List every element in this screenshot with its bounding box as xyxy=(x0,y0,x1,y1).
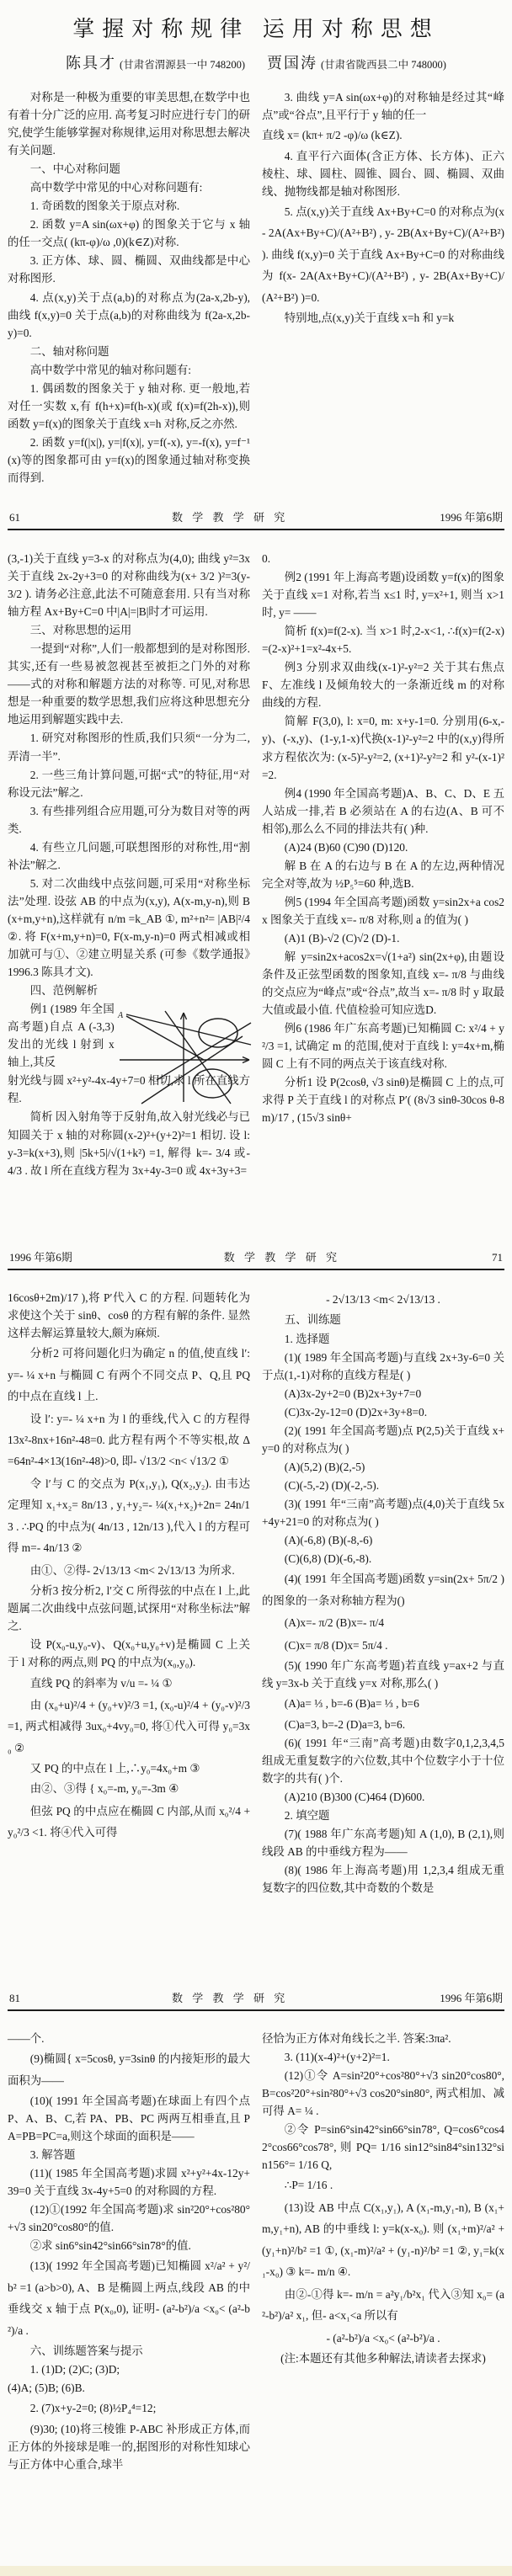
paragraph: 五、训练题 xyxy=(262,1311,504,1328)
paragraph: 4. 直平行六面体(含正方体、长方体)、正六棱柱、球、圆柱、圆锥、圆台、圆、椭圆… xyxy=(262,147,504,200)
paragraph: (12)①令 A=sin²20°+cos²80°+√3 sin20°cos80°… xyxy=(262,2067,504,2120)
page-2-right-column: 0.例2 (1991 年上海高考题)设函数 y=f(x)的图象关于直线 x=1 … xyxy=(262,550,504,1128)
paragraph: (12)①(1992 年全国高考题)求 sin²20°+cos²80°+√3 s… xyxy=(8,2201,250,2236)
paragraph: (2)( 1991 年全国高考题)点 P(2,5)关于直线 x+y=0 的对称点… xyxy=(262,1422,504,1457)
paragraph: (A)a= ⅓ , b=-6 (B)a= ⅓ , b=6 xyxy=(262,1693,504,1714)
figure-point-label: A xyxy=(117,1011,124,1020)
paragraph: (C)x= π/8 (D)x= 5π/4 . xyxy=(262,1635,504,1656)
paragraph: (C)(6,8) (D)(-6,-8). xyxy=(262,1550,504,1567)
paragraph: 令 l′与 C 的交点为 P(x₁,y₁), Q(x₂,y₂). 由韦达定理知 … xyxy=(8,1473,250,1559)
paragraph: 1. 研究对称图形的性质,我们只须“一分为二,弄清一半”. xyxy=(8,729,250,764)
paragraph: 3. 正方体、球、圆、椭圆、双曲线都是中心对称图形. xyxy=(8,252,250,287)
paragraph: (13)( 1992 年全国高考题)已知椭圆 x²/a² + y²/b² =1 … xyxy=(8,2255,250,2341)
journal-name: 数 学 教 学 研 究 xyxy=(224,1248,340,1264)
paragraph: 3. 解答题 xyxy=(8,2146,250,2164)
paragraph: (9)30; (10)将三棱锥 P-ABC 补形成正方体,而正方体的外接球是唯一… xyxy=(8,2420,250,2473)
paragraph: 六、训练题答案与提示 xyxy=(8,2342,250,2360)
paragraph: (11)( 1985 年全国高考题)求圆 x²+y²+4x-12y+39=0 关… xyxy=(8,2164,250,2200)
paragraph: 分析2 可将问题化归为确定 n 的值,使直线 l′: y=- ¼ x+n 与椭圆… xyxy=(8,1343,250,1407)
paragraph: 由②-①得 k=- m/n = a²y₁/b²x₁ 代入③知 x₀= (a²-b… xyxy=(262,2284,504,2327)
paragraph: (A)1 (B)-√2 (C)√2 (D)-1. xyxy=(262,929,504,947)
paragraph: 2. 一些三角计算问题,可据“式”的特征,用“对称设元法”解之. xyxy=(8,766,250,801)
paragraph: (注:本题还有其他多种解法,请读者去探求) xyxy=(262,2350,504,2367)
paragraph: (7)( 1988 年广东高考题)知 A (1,0), B (2,1),则线段 … xyxy=(262,1825,504,1860)
page-1-right-column: 3. 曲线 y=A sin(ωx+φ)的对称轴是经过其“峰点”或“谷点”,且平行… xyxy=(262,88,504,327)
page-4: ——个.(9)椭圆{ x=5cosθ, y=3sinθ 的内接矩形的最大面积为—… xyxy=(0,2020,512,2576)
paragraph: (A)(5,2) (B)(2,-5) xyxy=(262,1458,504,1476)
paragraph: 但弦 PQ 的中点应在椭圆 C 内部,从而 x₀²/4 + y₀²/3 <1. … xyxy=(8,1801,250,1844)
paragraph: 2. (7)x+y-2=0; (8)½P₄⁴=12; xyxy=(8,2398,250,2419)
page-3-left-column: 16cosθ+2m)/17 ),将 P′代入 C 的方程. 问题转化为求使这个关… xyxy=(8,1289,250,1844)
paragraph: ∴P= 1/16 . xyxy=(262,2174,504,2195)
paragraph: 4. 有些立几问题,可联想图形的对称性,用“割补法”解之. xyxy=(8,838,250,874)
author-2: 贾国涛 (甘肃省陇西县二中 748000) xyxy=(267,51,446,73)
paragraph: 二、轴对称问题 xyxy=(8,343,250,360)
page-1: 掌握对称规律 运用对称思想 陈具才 (甘肃省渭源县一中 748200) 贾国涛 … xyxy=(0,0,512,539)
paragraph: ——个. xyxy=(8,2030,250,2047)
paragraph: (5)( 1990 年广东高考题)若直线 y=ax+2 与直线 y=3x-b 关… xyxy=(262,1657,504,1692)
page-1-footer: 61 数 学 教 学 研 究 1996 年第6期 xyxy=(8,508,504,530)
paragraph: 解 y=sin2x+acos2x=√(1+a²) sin(2x+φ),由题设条件… xyxy=(262,948,504,1019)
paragraph: 一、中心对称问题 xyxy=(8,160,250,178)
paragraph: 高中数学中常见的轴对称问题有: xyxy=(8,361,250,379)
paragraph: 一提到“对称”,人们一般都想到的是对称图形. 其实,还有一些易被忽视甚至被拒之门… xyxy=(8,640,250,728)
paragraph: - 2√13/13 <m< 2√13/13 . xyxy=(262,1289,504,1310)
journal-name: 数 学 教 学 研 究 xyxy=(172,1989,288,2005)
paragraph: 1. 偶函数的图象关于 y 轴对称. 更一般地,若对任一实数 x,有 f(h+x… xyxy=(8,380,250,433)
paragraph: 简析 f(x)≡f(2-x). 当 x>1 时,2-x<1, ∴f(x)=f(2… xyxy=(262,622,504,657)
page-4-columns: ——个.(9)椭圆{ x=5cosθ, y=3sinθ 的内接矩形的最大面积为—… xyxy=(0,2020,512,2474)
paragraph: (3,-1)关于直线 y=3-x 的对称点为(4,0); 曲线 y²=3x 关于… xyxy=(8,550,250,620)
paragraph: - (a²-b²)/a <x₀< (a²-b²)/a . xyxy=(262,2328,504,2349)
article-title: 掌握对称规律 运用对称思想 xyxy=(8,12,504,43)
author-line: 陈具才 (甘肃省渭源县一中 748200) 贾国涛 (甘肃省陇西县二中 7480… xyxy=(0,51,512,73)
paragraph: 直线 PQ 的斜率为 v/u =- ¼ ① xyxy=(8,1673,250,1694)
paragraph: 由 (x₀+u)²/4 + (y₀+v)²/3 =1, (x₀-u)²/4 + … xyxy=(8,1695,250,1759)
paragraph: (9)椭圆{ x=5cosθ, y=3sinθ 的内接矩形的最大面积为—— xyxy=(8,2048,250,2091)
page-2-footer: 1996 年第6期 数 学 教 学 研 究 71 xyxy=(8,1248,504,1270)
paragraph: (A)(-6,8) (B)(-8,-6) xyxy=(262,1531,504,1549)
page-number: 61 xyxy=(9,511,20,524)
page-3-right-column: - 2√13/13 <m< 2√13/13 .五、训练题1. 选择题(1)( 1… xyxy=(262,1289,504,1897)
paragraph: (C)3x-2y-12=0 (D)2x+3y+8=0. xyxy=(262,1403,504,1421)
page-3: 16cosθ+2m)/17 ),将 P′代入 C 的方程. 问题转化为求使这个关… xyxy=(0,1279,512,2020)
paragraph: (4)A; (5)B; (6)B. xyxy=(8,2379,250,2397)
journal-scan: 掌握对称规律 运用对称思想 陈具才 (甘肃省渭源县一中 748200) 贾国涛 … xyxy=(0,0,512,2576)
page-1-columns: 对称是一种极为重要的审美思想,在数学中也有着十分广泛的应用. 高考复习时应进行专… xyxy=(0,88,512,487)
page-3-footer: 81 数 学 教 学 研 究 1996 年第6期 xyxy=(8,1989,504,2011)
author-1-name: 陈具才 xyxy=(66,55,116,72)
paragraph: 四、范例解析 xyxy=(8,982,250,999)
paragraph: 例4 (1990 年全国高考题)A、B、C、D、E 五人站成一排,若 B 必须站… xyxy=(262,785,504,838)
paragraph: 例2 (1991 年上海高考题)设函数 y=f(x)的图象关于直线 x=1 对称… xyxy=(262,568,504,621)
paragraph: 1. (1)D; (2)C; (3)D; xyxy=(8,2360,250,2378)
paragraph: 高中数学中常见的中心对称问题有: xyxy=(8,178,250,196)
paragraph: 由②、③得 { x₀=-m, y₀=-3m ④ xyxy=(8,1778,250,1799)
paragraph: 5. 对二次曲线中点弦问题,可采用“对称坐标法”处理. 设弦 AB 的中点为(x… xyxy=(8,875,250,981)
paragraph: 4. 点(x,y)关于点(a,b)的对称点为(2a-x,2b-y),曲线 f(x… xyxy=(8,289,250,342)
paragraph: (4)( 1991 年全国高考题)函数 y=sin(2x+ 5π/2 )的图象的… xyxy=(262,1568,504,1611)
paragraph: 分析3 按分析2, l′交 C 所得弦的中点在 l 上,此题属二次曲线中点弦问题… xyxy=(8,1582,250,1635)
paragraph: 简析 因入射角等于反射角,故入射光线必与已知圆关于 x 轴的对称圆(x-2)²+… xyxy=(8,1108,250,1179)
author-1: 陈具才 (甘肃省渭源县一中 748200) xyxy=(66,51,245,73)
paragraph: 2. 填空题 xyxy=(262,1807,504,1824)
paragraph: 例3 分别求双曲线(x-1)²-y²=2 关于其右焦点 F、左准线 l 及倾角较… xyxy=(262,658,504,711)
paragraph: 径恰为正方体对角线长之半. 答案:3πa². xyxy=(262,2030,504,2047)
paragraph: (A)210 (B)300 (C)464 (D)600. xyxy=(262,1788,504,1806)
paragraph: (C)(-5,-2) (D)(-2,-5). xyxy=(262,1477,504,1494)
paragraph: 3. 曲线 y=A sin(ωx+φ)的对称轴是经过其“峰点”或“谷点”,且平行… xyxy=(262,88,504,124)
paragraph: 3. 有些排列组合应用题,可分为数目对等的两类. xyxy=(8,802,250,838)
paragraph: 对称是一种极为重要的审美思想,在数学中也有着十分广泛的应用. 高考复习时应进行专… xyxy=(8,88,250,159)
paragraph: ②令 P=sin6°sin42°sin66°sin78°, Q=cos6°cos… xyxy=(262,2121,504,2174)
paragraph: ②求 sin6°sin42°sin66°sin78°的值. xyxy=(8,2237,250,2254)
paragraph: (13)设 AB 中点 C(x₁,y₁), A (x₁-m,y₁-n), B (… xyxy=(262,2197,504,2283)
author-2-name: 贾国涛 xyxy=(267,55,317,72)
paragraph: 2. 函数 y=A sin(ωx+φ) 的图象关于它与 x 轴的任一交点( (k… xyxy=(8,216,250,251)
page-3-columns: 16cosθ+2m)/17 ),将 P′代入 C 的方程. 问题转化为求使这个关… xyxy=(0,1279,512,1897)
paragraph: (A)3x-2y+2=0 (B)2x+3y+7=0 xyxy=(262,1385,504,1402)
paragraph: 1. 奇函数的图象关于原点对称. xyxy=(8,197,250,215)
page-number: 71 xyxy=(492,1251,503,1264)
paragraph: 特别地,点(x,y)关于直线 x=h 和 y=k xyxy=(262,309,504,327)
paragraph: 由①、②得- 2√13/13 <m< 2√13/13 为所求. xyxy=(8,1560,250,1581)
page-2: (3,-1)关于直线 y=3-x 的对称点为(4,0); 曲线 y²=3x 关于… xyxy=(0,539,512,1279)
paragraph: (8)( 1986 年上海高考题)用 1,2,3,4 组成无重复数字的四位数,其… xyxy=(262,1861,504,1897)
paragraph: 5. 点(x,y)关于直线 Ax+By+C=0 的对称点为(x- 2A(Ax+B… xyxy=(262,201,504,308)
example1-reflection-figure: A xyxy=(116,1008,254,1110)
paragraph: 设 P(x₀-u,y₀-v)、Q(x₀+u,y₀+v)是椭圆 C 上关于 l 对… xyxy=(8,1636,250,1671)
paragraph: 0. xyxy=(262,550,504,567)
paragraph: (6)( 1991 年“三南”高考题)由数字0,1,2,3,4,5 组成无重复数… xyxy=(262,1734,504,1787)
paragraph: 2. 函数 y=f(|x|), y=|f(x)|, y=f(-x), y=-f(… xyxy=(8,434,250,487)
issue-label: 1996 年第6期 xyxy=(9,1248,72,1264)
paragraph: 简解 F(3,0), l: x=0, m: x+y-1=0. 分别用(6-x,-… xyxy=(262,712,504,783)
page-4-right-column: 径恰为正方体对角线长之半. 答案:3πa².3. (11)(x-4)²+(y+2… xyxy=(262,2030,504,2368)
journal-name: 数 学 教 学 研 究 xyxy=(172,508,288,524)
author-1-affiliation: (甘肃省渭源县一中 748200) xyxy=(120,59,245,71)
paragraph: 解 B 在 A 的右边与 B 在 A 的左边,两种情况完全对等,故为 ½P₅⁵=… xyxy=(262,857,504,892)
paragraph: (1)( 1989 年全国高考题)与直线 2x+3y-6=0 关于点(1,-1)… xyxy=(262,1349,504,1384)
paragraph: 又 PQ 的中点在 l 上,∴y₀=4x₀+m ③ xyxy=(8,1759,250,1777)
paragraph: (A)x=- π/2 (B)x=- π/4 xyxy=(262,1612,504,1633)
page-2-columns: (3,-1)关于直线 y=3-x 的对称点为(4,0); 曲线 y²=3x 关于… xyxy=(0,540,512,1180)
paragraph: (C)a=3, b=-2 (D)a=3, b=6. xyxy=(262,1716,504,1733)
paragraph: 例1 (1989 年全国高考题)自点 A (-3,3)发出的光线 l 射到 x … xyxy=(8,1000,115,1071)
page-1-left-column: 对称是一种极为重要的审美思想,在数学中也有着十分广泛的应用. 高考复习时应进行专… xyxy=(8,88,250,487)
paragraph: (10)( 1991 年全国高考题)在球面上有四个点 P、A、B、C,若 PA、… xyxy=(8,2092,250,2145)
scan-edge-strip xyxy=(0,2566,512,2576)
author-2-affiliation: (甘肃省陇西县二中 748000) xyxy=(321,59,446,71)
paragraph: (3)( 1991 年“三南”高考题)点(4,0)关于直线 5x+4y+21=0… xyxy=(262,1495,504,1530)
issue-label: 1996 年第6期 xyxy=(440,1989,503,2005)
paragraph: 三、对称思想的运用 xyxy=(8,621,250,639)
paragraph: 设 l′: y=- ¼ x+n 为 l 的垂线,代入 C 的方程得 13x²-8… xyxy=(8,1408,250,1472)
paragraph: 分析1 设 P(2cosθ, √3 sinθ)是椭圆 C 上的点,可求得 P 关… xyxy=(262,1073,504,1126)
paragraph: 3. (11)(x-4)²+(y+2)²=1. xyxy=(262,2048,504,2066)
page-number: 81 xyxy=(9,1992,20,2005)
paragraph: 直线 x= (kπ+ π/2 -φ)/ω (k∈Z). xyxy=(262,125,504,146)
paragraph: 例6 (1986 年广东高考题)已知椭圆 C: x²/4 + y²/3 =1, … xyxy=(262,1019,504,1072)
paragraph: 16cosθ+2m)/17 ),将 P′代入 C 的方程. 问题转化为求使这个关… xyxy=(8,1289,250,1342)
paragraph: 例5 (1994 年全国高考题)函数 y=sin2x+a cos2x 图象关于直… xyxy=(262,893,504,929)
issue-label: 1996 年第6期 xyxy=(440,508,503,524)
paragraph: 1. 选择题 xyxy=(262,1330,504,1348)
page-4-left-column: ——个.(9)椭圆{ x=5cosθ, y=3sinθ 的内接矩形的最大面积为—… xyxy=(8,2030,250,2474)
paragraph: (A)24 (B)60 (C)90 (D)120. xyxy=(262,838,504,856)
